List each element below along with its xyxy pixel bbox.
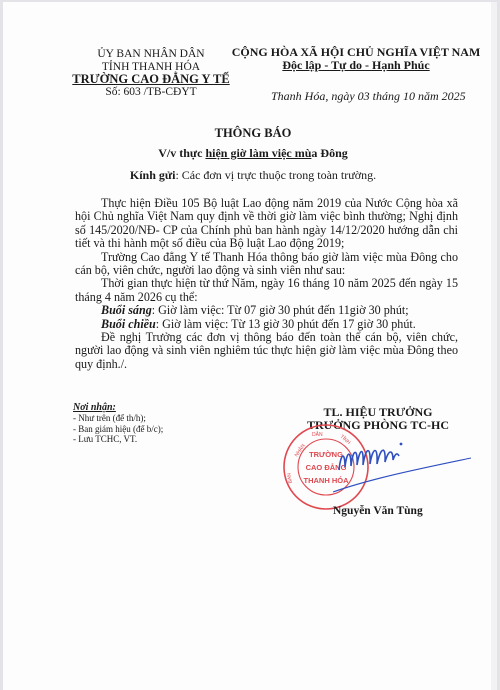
paragraph-legal-basis: Thực hiện Điều 105 Bộ luật Lao động năm … — [75, 197, 458, 251]
svg-text:BAN: BAN — [286, 472, 294, 484]
recipients-block: Nơi nhận: - Như trên (để th/h); - Ban gi… — [73, 403, 163, 445]
salutation-label: Kính gửi — [130, 168, 176, 182]
recipient-item: - Lưu TCHC, VT. — [73, 434, 163, 444]
svg-text:NHÂN: NHÂN — [293, 442, 307, 458]
paragraph-morning: Buổi sáng: Giờ làm việc: Từ 07 giờ 30 ph… — [75, 304, 458, 317]
signer-name: Nguyễn Văn Tùng — [333, 505, 423, 517]
paragraph-afternoon: Buổi chiều: Giờ làm việc: Từ 13 giờ 30 p… — [75, 318, 458, 331]
document-number: Số: 603 /TB-CĐYT — [51, 86, 251, 99]
national-motto: Độc lập - Tự do - Hạnh Phúc — [221, 59, 491, 72]
paragraph-request: Đề nghị Trưởng các đơn vị thông báo đến … — [75, 331, 458, 371]
document-page: ỦY BAN NHÂN DÂN TỈNH THANH HÓA TRƯỜNG CA… — [3, 2, 497, 690]
issue-date: Thanh Hóa, ngày 03 tháng 10 năm 2025 — [271, 89, 466, 104]
recipient-item: - Ban giám hiệu (để b/c); — [73, 424, 163, 434]
paragraph-period: Thời gian thực hiện từ thứ Năm, ngày 16 … — [75, 277, 458, 304]
recipient-item: - Như trên (để th/h); — [73, 413, 163, 423]
recipients-heading: Nơi nhận: — [73, 403, 163, 413]
salutation: Kính gửi: Các đơn vị trực thuộc trong to… — [3, 168, 500, 183]
svg-text:DÂN: DÂN — [312, 431, 323, 438]
document-body: Thực hiện Điều 105 Bộ luật Lao động năm … — [75, 197, 458, 371]
paragraph-announcement: Trường Cao đẳng Y tế Thanh Hóa thông báo… — [75, 251, 458, 278]
document-title: THÔNG BÁO — [3, 126, 500, 141]
issuer-name: TRƯỜNG CAO ĐẲNG Y TẾ — [51, 73, 251, 86]
handwritten-signature-icon — [333, 432, 473, 497]
signature-title-1: TL. HIỆU TRƯỞNG — [283, 406, 473, 419]
national-header: CỘNG HÒA XÃ HỘI CHỦ NGHĨA VIỆT NAM Độc l… — [221, 46, 491, 72]
document-subject: V/v thực hiện giờ làm việc mùa Đông — [3, 146, 500, 161]
salutation-text: : Các đơn vị trực thuộc trong toàn trườn… — [175, 168, 376, 182]
